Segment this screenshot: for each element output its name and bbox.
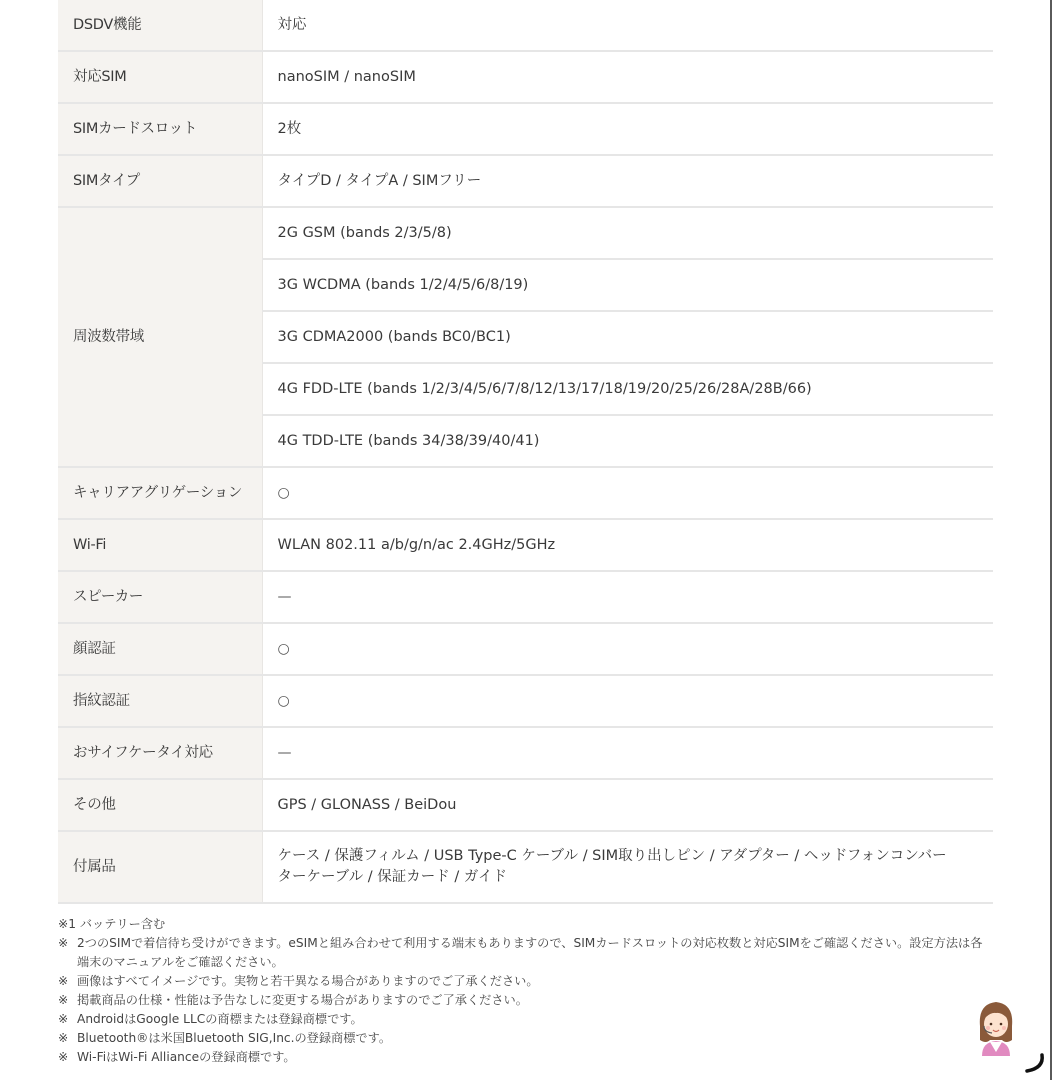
not-supported-dash-icon: — bbox=[278, 745, 292, 761]
supported-circle-icon: ○ bbox=[278, 641, 290, 657]
spec-value: 2枚 bbox=[262, 103, 993, 155]
note-mark: ※ bbox=[58, 1048, 68, 1067]
spec-label: その他 bbox=[58, 779, 262, 831]
supported-circle-icon: ○ bbox=[278, 485, 290, 501]
spec-label: SIMカードスロット bbox=[58, 103, 262, 155]
note-mark: ※ bbox=[58, 1010, 68, 1029]
spec-value-band: 3G CDMA2000 (bands BC0/BC1) bbox=[262, 311, 993, 363]
spec-label: 顔認証 bbox=[58, 623, 262, 675]
spec-value-band: 2G GSM (bands 2/3/5/8) bbox=[262, 207, 993, 259]
spec-value-line: ケース / 保護フィルム / USB Type-C ケーブル / SIM取り出し… bbox=[278, 846, 979, 867]
footnote: ※ 掲載商品の仕様・性能は予告なしに変更する場合がありますのでご了承ください。 bbox=[58, 991, 988, 1010]
spec-row-sim: 対応SIM nanoSIM / nanoSIM bbox=[58, 51, 993, 103]
spec-row-frequency: 周波数帯域 2G GSM (bands 2/3/5/8) bbox=[58, 207, 993, 259]
spec-value: nanoSIM / nanoSIM bbox=[262, 51, 993, 103]
spec-value: タイプD / タイプA / SIMフリー bbox=[262, 155, 993, 207]
supported-circle-icon: ○ bbox=[278, 693, 290, 709]
spec-table: DSDV機能 対応 対応SIM nanoSIM / nanoSIM SIMカード… bbox=[58, 0, 993, 904]
spec-value-line: ターケーブル / 保証カード / ガイド bbox=[278, 867, 979, 888]
note-mark: ※ bbox=[58, 934, 68, 953]
not-supported-dash-icon: — bbox=[278, 589, 292, 605]
footnote-text: 2つのSIMで着信待ち受けができます。eSIMと組み合わせて利用する端末もありま… bbox=[77, 936, 982, 969]
support-chat-button[interactable] bbox=[972, 996, 1020, 1056]
spec-value-band: 4G TDD-LTE (bands 34/38/39/40/41) bbox=[262, 415, 993, 467]
spec-value: ○ bbox=[262, 675, 993, 727]
spec-label: 付属品 bbox=[58, 831, 262, 903]
footnote-text: AndroidはGoogle LLCの商標または登録商標です。 bbox=[77, 1012, 363, 1026]
spec-row-osaifu: おサイフケータイ対応 — bbox=[58, 727, 993, 779]
spec-row-fingerprint-auth: 指紋認証 ○ bbox=[58, 675, 993, 727]
spec-value: GPS / GLONASS / BeiDou bbox=[262, 779, 993, 831]
note-mark: ※ bbox=[58, 991, 68, 1010]
spec-label: キャリアアグリゲーション bbox=[58, 467, 262, 519]
spec-value: 対応 bbox=[262, 0, 993, 51]
spec-row-wifi: Wi-Fi WLAN 802.11 a/b/g/n/ac 2.4GHz/5GHz bbox=[58, 519, 993, 571]
spec-label: スピーカー bbox=[58, 571, 262, 623]
footnote: ※ 2つのSIMで着信待ち受けができます。eSIMと組み合わせて利用する端末もあ… bbox=[58, 934, 988, 972]
spec-row-accessories: 付属品 ケース / 保護フィルム / USB Type-C ケーブル / SIM… bbox=[58, 831, 993, 903]
spec-value: ○ bbox=[262, 623, 993, 675]
footnote: ※1 バッテリー含む bbox=[58, 915, 988, 934]
spec-value-band: 3G WCDMA (bands 1/2/4/5/6/8/19) bbox=[262, 259, 993, 311]
spec-row-face-auth: 顔認証 ○ bbox=[58, 623, 993, 675]
spec-label: 対応SIM bbox=[58, 51, 262, 103]
spec-value-band: 4G FDD-LTE (bands 1/2/3/4/5/6/7/8/12/13/… bbox=[262, 363, 993, 415]
spec-value: WLAN 802.11 a/b/g/n/ac 2.4GHz/5GHz bbox=[262, 519, 993, 571]
spec-row-dsdv: DSDV機能 対応 bbox=[58, 0, 993, 51]
note-mark: ※ bbox=[58, 1029, 68, 1048]
spec-row-sim-type: SIMタイプ タイプD / タイプA / SIMフリー bbox=[58, 155, 993, 207]
support-operator-icon bbox=[972, 996, 1020, 1056]
spec-label: 指紋認証 bbox=[58, 675, 262, 727]
footnote-text: Wi-FiはWi-Fi Allianceの登録商標です。 bbox=[77, 1050, 296, 1064]
note-mark: ※ bbox=[58, 972, 68, 991]
spec-value: ケース / 保護フィルム / USB Type-C ケーブル / SIM取り出し… bbox=[262, 831, 993, 903]
spec-label: SIMタイプ bbox=[58, 155, 262, 207]
spec-label: おサイフケータイ対応 bbox=[58, 727, 262, 779]
loading-spinner-icon bbox=[1022, 1052, 1046, 1074]
spec-row-other: その他 GPS / GLONASS / BeiDou bbox=[58, 779, 993, 831]
spec-row-carrier-aggregation: キャリアアグリゲーション ○ bbox=[58, 467, 993, 519]
spec-label: 周波数帯域 bbox=[58, 207, 262, 467]
spec-label: Wi-Fi bbox=[58, 519, 262, 571]
spec-row-speaker: スピーカー — bbox=[58, 571, 993, 623]
footnote: ※ 画像はすべてイメージです。実物と若干異なる場合がありますのでご了承ください。 bbox=[58, 972, 988, 991]
footnote: ※ Bluetooth®は米国Bluetooth SIG,Inc.の登録商標です… bbox=[58, 1029, 988, 1048]
spec-value: ○ bbox=[262, 467, 993, 519]
spec-row-sim-slot: SIMカードスロット 2枚 bbox=[58, 103, 993, 155]
footnote-text: Bluetooth®は米国Bluetooth SIG,Inc.の登録商標です。 bbox=[77, 1031, 391, 1045]
spec-value: — bbox=[262, 727, 993, 779]
footnote-text: 画像はすべてイメージです。実物と若干異なる場合がありますのでご了承ください。 bbox=[77, 974, 539, 988]
footnote-text: 掲載商品の仕様・性能は予告なしに変更する場合がありますのでご了承ください。 bbox=[77, 993, 528, 1007]
footnote: ※ Wi-FiはWi-Fi Allianceの登録商標です。 bbox=[58, 1048, 988, 1067]
footnote: ※ AndroidはGoogle LLCの商標または登録商標です。 bbox=[58, 1010, 988, 1029]
footnotes: ※1 バッテリー含む ※ 2つのSIMで着信待ち受けができます。eSIMと組み合… bbox=[58, 915, 988, 1067]
spec-label: DSDV機能 bbox=[58, 0, 262, 51]
spec-value: — bbox=[262, 571, 993, 623]
